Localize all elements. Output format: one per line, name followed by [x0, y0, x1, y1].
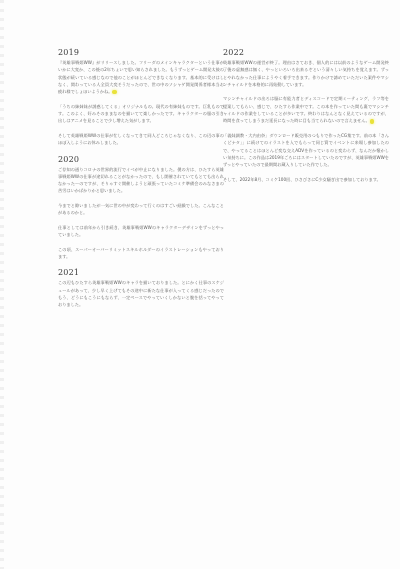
right-column: 2022 英雄事戦姫WWの運営が終了。理由はさておき、個人的には以前のようなゲー… [223, 48, 389, 191]
paragraph: この辺もひたすら英雄事戦姫WWのキャラを描いておりました。とにかく仕事のスケジュ… [58, 279, 224, 308]
left-column: 2019 『英雄事戦姫WW』がリリースしました。フリーダのメインキャラクターとい… [58, 48, 224, 317]
smile-emoji-icon [112, 90, 117, 95]
paragraph: 英雄事戦姫WWの運営が終了。理由はさておき、個人的には以前のようなゲーム開発終了… [223, 59, 389, 88]
year-heading: 2019 [58, 48, 224, 57]
section-2022: 2022 英雄事戦姫WWの運営が終了。理由はさておき、個人的には以前のようなゲー… [223, 48, 389, 183]
paragraph: 「義妹調教・大内由奈」ダウンロード販売用のつもりで作ったCG集です。前の本「さん… [223, 132, 389, 168]
paragraph: ご存知の通りコロナの世界的流行でイベが中止になりました。僕の方は、ひたすら英雄事… [58, 166, 224, 195]
paragraph: 「うちの姉姉妹が誘惑してくる」オリジナルもの。現代の有姉妹ものです。巨乳ものです… [58, 103, 224, 125]
paragraph: 仕事としては前年から引き続き、英雄事戦姫WWのキャラクターデザインをずっとやって… [58, 224, 224, 239]
year-heading: 2022 [223, 48, 389, 57]
section-2019: 2019 『英雄事戦姫WW』がリリースしました。フリーダのメインキャラクターとい… [58, 48, 224, 147]
paragraph: そして英雄戦姫WWの仕事が忙しくなってきて同人どころじゃなくなり、この辺の事のほ… [58, 132, 224, 147]
paragraph: そして、2022年8月、コミケ100回、ひさびさにC少女騒ぎ出で参加しております… [223, 176, 389, 183]
page-edge-scan-artifact [0, 0, 4, 569]
paragraph: この頃、スーパーオーバーリミットスキルホルダーのイラストレーションもやっておりま… [58, 246, 224, 261]
paragraph: マシンチャイルドの出ろは脳に有能力者とディスコードで定期ミーティング、ラフ等を提… [223, 95, 389, 124]
paragraph: 『英雄事戦姫WW』がリリースしました。フリーダのメインキャラクターという仕事がい… [58, 59, 224, 95]
smile-emoji-icon [370, 119, 375, 124]
year-heading: 2020 [58, 155, 224, 164]
section-2020: 2020 ご存知の通りコロナの世界的流行でイベが中止になりました。僕の方は、ひた… [58, 155, 224, 261]
year-heading: 2021 [58, 268, 224, 277]
paragraph: 今までと隙いましたが一気に世の中が変わって行くのはすごい経験でした。こんなことが… [58, 202, 224, 217]
section-2021: 2021 この辺もひたすら英雄事戦姫WWのキャラを描いておりました。とにかく仕事… [58, 268, 224, 308]
